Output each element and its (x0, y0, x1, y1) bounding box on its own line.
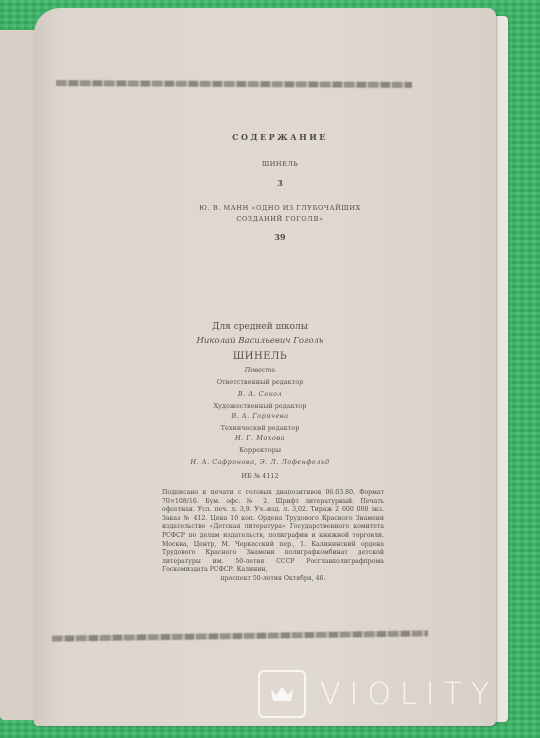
contents-item-title: ШИНЕЛЬ (150, 160, 410, 168)
colophon-last-line: проспект 50-летия Октября, 46. (162, 575, 384, 584)
contents-item-title-line1: Ю. В. МАНН «ОДНО ИЗ ГЛУБОЧАЙШИХ (199, 204, 361, 212)
contents-heading: СОДЕРЖАНИЕ (150, 132, 410, 142)
contents-item-title-line2: СОЗДАНИЙ ГОГОЛЯ» (236, 215, 323, 223)
left-page-edge (0, 30, 37, 720)
contents-item-title: Ю. В. МАНН «ОДНО ИЗ ГЛУБОЧАЙШИХ СОЗДАНИЙ… (150, 203, 410, 225)
watermark-text: VIOLITY (320, 677, 498, 712)
credit-role: Корректоры (150, 446, 370, 454)
colophon: Подписано к печати с готовых диапозитиво… (162, 489, 384, 584)
credit-name: Н. Г. Мохова (150, 434, 370, 442)
credit-name: В. А. Сокол (150, 390, 370, 398)
credit-name: Н. А. Сафронова, Э. Л. Лофенфельд (150, 458, 370, 466)
credit-name: В. А. Горячева (150, 412, 370, 420)
book-title: ШИНЕЛЬ (150, 351, 370, 362)
audience-label: Для средней школы (150, 322, 370, 332)
credit-role: Художественный редактор (150, 402, 370, 410)
colophon-body: Подписано к печати с готовых диапозитиво… (162, 489, 384, 573)
author-name: Николай Васильевич Гоголь (150, 336, 370, 346)
credit-role: Ответственный редактор (150, 378, 370, 386)
credit-role: Технический редактор (150, 424, 370, 432)
contents-item-page: 39 (150, 232, 410, 242)
genre-label: Повесть (150, 366, 370, 374)
contents-item-page: 3 (150, 178, 410, 188)
ib-number: ИБ № 4112 (150, 472, 370, 480)
crown-icon (258, 670, 306, 718)
watermark: VIOLITY (258, 668, 498, 720)
